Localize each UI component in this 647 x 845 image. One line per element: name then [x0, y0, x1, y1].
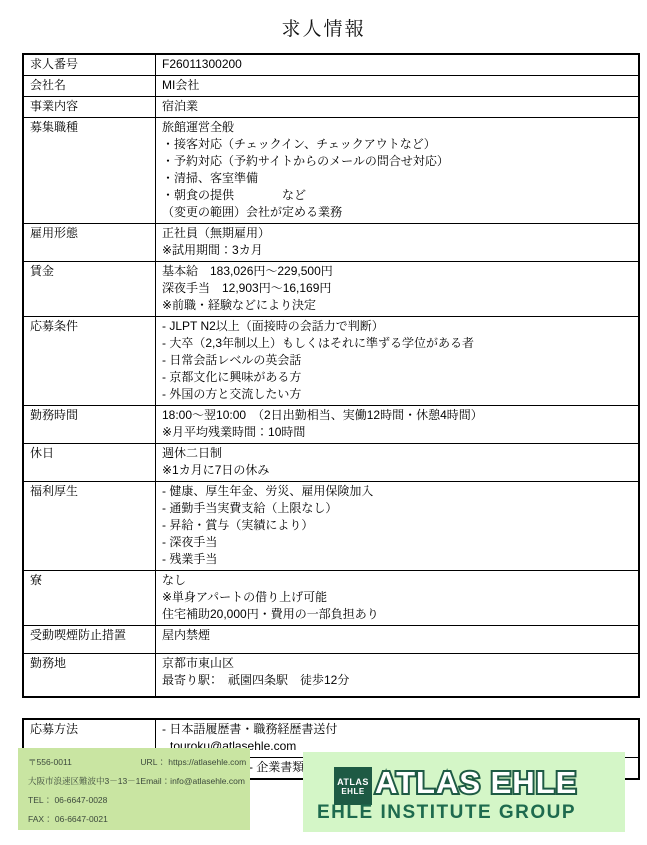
row-label: 会社名	[23, 76, 156, 97]
row-value: F26011300200	[156, 54, 640, 76]
row-label: 応募条件	[23, 317, 156, 406]
table-row: 勤務時間 18:00～翌10:00 （2日出勤相当、実働12時間・休憩4時間） …	[23, 406, 639, 444]
footer: 〒556-0011 大阪市浪速区難波中3－13－1 TEL： 06-6647-0…	[0, 748, 647, 832]
atlas-ehle-badge-icon: ATLAS EHLE	[334, 767, 372, 805]
table-row: 事業内容 宿泊業	[23, 97, 639, 118]
row-value: 18:00～翌10:00 （2日出勤相当、実働12時間・休憩4時間） ※月平均残…	[156, 406, 640, 444]
table-row: 募集職種 旅館運営全般 ・接客対応（チェックイン、チェックアウトなど） ・予約対…	[23, 118, 639, 224]
row-label: 福利厚生	[23, 482, 156, 571]
row-label: 事業内容	[23, 97, 156, 118]
fax: FAX： 06-6647-0021	[28, 814, 140, 824]
table-row: 求人番号 F26011300200	[23, 54, 639, 76]
table-row: 勤務地 京都市東山区 最寄り駅： 祇園四条駅 徒歩12分	[23, 654, 639, 698]
address: 大阪市浪速区難波中3－13－1	[28, 776, 140, 786]
logo-subtitle: EHLE INSTITUTE GROUP	[317, 802, 576, 824]
row-label: 勤務地	[23, 654, 156, 698]
row-value: 旅館運営全般 ・接客対応（チェックイン、チェックアウトなど） ・予約対応（予約サ…	[156, 118, 640, 224]
row-value: 京都市東山区 最寄り駅： 祇園四条駅 徒歩12分	[156, 654, 640, 698]
table-row: 会社名 MI会社	[23, 76, 639, 97]
row-label: 募集職種	[23, 118, 156, 224]
table-row: 受動喫煙防止措置 屋内禁煙	[23, 626, 639, 654]
table-row: 休日 週休二日制 ※1カ月に7日の休み	[23, 444, 639, 482]
table-row: 賃金 基本給 183,026円～229,500円 深夜手当 12,903円～16…	[23, 262, 639, 317]
row-value: - 健康、厚生年金、労災、雇用保険加入 - 通勤手当実費支給（上限なし） - 昇…	[156, 482, 640, 571]
table-row: 寮 なし ※単身アパートの借り上げ可能 住宅補助20,000円・費用の一部負担あ…	[23, 571, 639, 626]
row-label: 休日	[23, 444, 156, 482]
row-value: MI会社	[156, 76, 640, 97]
row-value: なし ※単身アパートの借り上げ可能 住宅補助20,000円・費用の一部負担あり	[156, 571, 640, 626]
row-value: 宿泊業	[156, 97, 640, 118]
row-label: 賃金	[23, 262, 156, 317]
row-label: 求人番号	[23, 54, 156, 76]
table-row: 応募条件 - JLPT N2以上（面接時の会話力で判断） - 大卒（2,3年制以…	[23, 317, 639, 406]
row-label: 受動喫煙防止措置	[23, 626, 156, 654]
row-value: 正社員（無期雇用） ※試用期間：3カ月	[156, 224, 640, 262]
row-value: - JLPT N2以上（面接時の会話力で判断） - 大卒（2,3年制以上）もしく…	[156, 317, 640, 406]
row-value: 基本給 183,026円～229,500円 深夜手当 12,903円～16,16…	[156, 262, 640, 317]
url: URL： https://atlasehle.com	[140, 757, 246, 767]
postal-code: 〒556-0011	[28, 757, 140, 767]
row-value: 週休二日制 ※1カ月に7日の休み	[156, 444, 640, 482]
row-value: 屋内禁煙	[156, 626, 640, 654]
table-row: 福利厚生 - 健康、厚生年金、労災、雇用保険加入 - 通勤手当実費支給（上限なし…	[23, 482, 639, 571]
contact-info-box: 〒556-0011 大阪市浪速区難波中3－13－1 TEL： 06-6647-0…	[18, 748, 250, 830]
row-label: 雇用形態	[23, 224, 156, 262]
table-row: 雇用形態 正社員（無期雇用） ※試用期間：3カ月	[23, 224, 639, 262]
tel: TEL： 06-6647-0028	[28, 795, 140, 805]
atlas-ehle-logo: ATLAS EHLE ATLAS EHLE EHLE INSTITUTE GRO…	[303, 752, 625, 832]
row-label: 勤務時間	[23, 406, 156, 444]
page-title: 求人情報	[0, 14, 647, 41]
job-info-table: 求人番号 F26011300200 会社名 MI会社 事業内容 宿泊業 募集職種…	[22, 53, 640, 698]
email: Email：info@atlasehle.com	[140, 776, 246, 786]
row-label: 寮	[23, 571, 156, 626]
logo-wordmark: ATLAS EHLE	[375, 763, 577, 803]
